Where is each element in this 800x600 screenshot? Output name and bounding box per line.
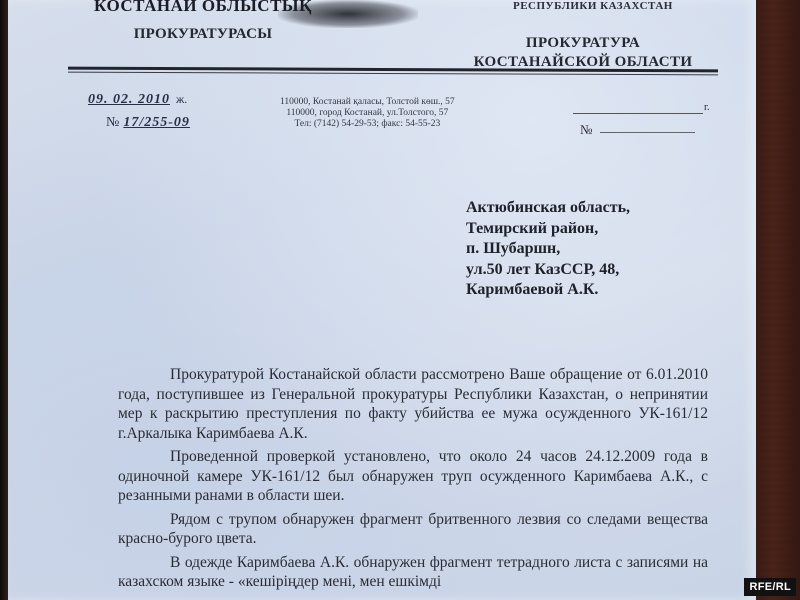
recipient-line: Темирский район, bbox=[466, 219, 630, 240]
recipient-line: ул.50 лет КазССР, 48, bbox=[466, 260, 630, 281]
letterhead-russian-line1: ПРОКУРАТУРА bbox=[448, 34, 718, 53]
recipient-line: п. Шубаршн, bbox=[466, 239, 630, 260]
letterhead-rule-thin bbox=[68, 72, 718, 76]
body-paragraph: Проведенной проверкой установлено, что о… bbox=[118, 447, 708, 506]
incoming-date-blank bbox=[573, 103, 703, 114]
background-edge-left bbox=[0, 0, 8, 600]
outgoing-date-suffix: ж. bbox=[176, 92, 187, 106]
letter-body: Прокуратурой Костанайской области рассмо… bbox=[118, 365, 708, 596]
recipient-line: Актюбинская область, bbox=[466, 198, 630, 219]
body-paragraph: В одежде Каримбаева А.К. обнаружен фрагм… bbox=[118, 553, 708, 592]
recipient-line: Каримбаевой А.К. bbox=[466, 280, 630, 301]
letterhead-kazakh-line1: КОСТАНАЙ ОБЛЫСТЫҚ bbox=[88, 0, 318, 16]
rferl-watermark: RFE/RL bbox=[744, 578, 796, 596]
recipient-address: Актюбинская область, Темирский район, п.… bbox=[466, 198, 630, 301]
outgoing-number-label: № bbox=[106, 115, 119, 130]
sender-address-line3: Тел: (7142) 54-29-53; факс: 54-55-23 bbox=[280, 119, 455, 130]
incoming-date-suffix: г. bbox=[704, 102, 709, 113]
sender-address-line2: 110000, город Костанай, ул.Толстого, 57 bbox=[280, 108, 455, 119]
letterhead-russian: ПРОКУРАТУРА КОСТАНАЙСКОЙ ОБЛАСТИ bbox=[448, 34, 718, 72]
body-paragraph: Прокуратурой Костанайской области рассмо… bbox=[118, 365, 708, 443]
letterhead-russian-top: РЕСПУБЛИКИ КАЗАХСТАН bbox=[513, 0, 673, 12]
outgoing-number-value: 17/255-09 bbox=[123, 115, 190, 130]
outgoing-date: 09. 02. 2010ж. bbox=[88, 92, 187, 108]
incoming-number-blank bbox=[600, 132, 695, 133]
document-page: КОСТАНАЙ ОБЛЫСТЫҚ ПРОКУРАТУРАСЫ РЕСПУБЛИ… bbox=[8, 0, 756, 600]
sender-address: 110000, Костанай қаласы, Толстой көш., 5… bbox=[280, 97, 455, 130]
letterhead-kazakh: КОСТАНАЙ ОБЛЫСТЫҚ ПРОКУРАТУРАСЫ bbox=[88, 0, 318, 43]
outgoing-number: №17/255-09 bbox=[106, 115, 190, 131]
incoming-number-label: № bbox=[580, 122, 592, 138]
outgoing-date-value: 09. 02. 2010 bbox=[88, 92, 170, 107]
letterhead-kazakh-line2: ПРОКУРАТУРАСЫ bbox=[88, 26, 318, 43]
sender-address-line1: 110000, Костанай қаласы, Толстой көш., 5… bbox=[280, 97, 455, 108]
background-wood-surface bbox=[756, 0, 800, 600]
body-paragraph: Рядом с трупом обнаружен фрагмент бритве… bbox=[118, 510, 708, 549]
